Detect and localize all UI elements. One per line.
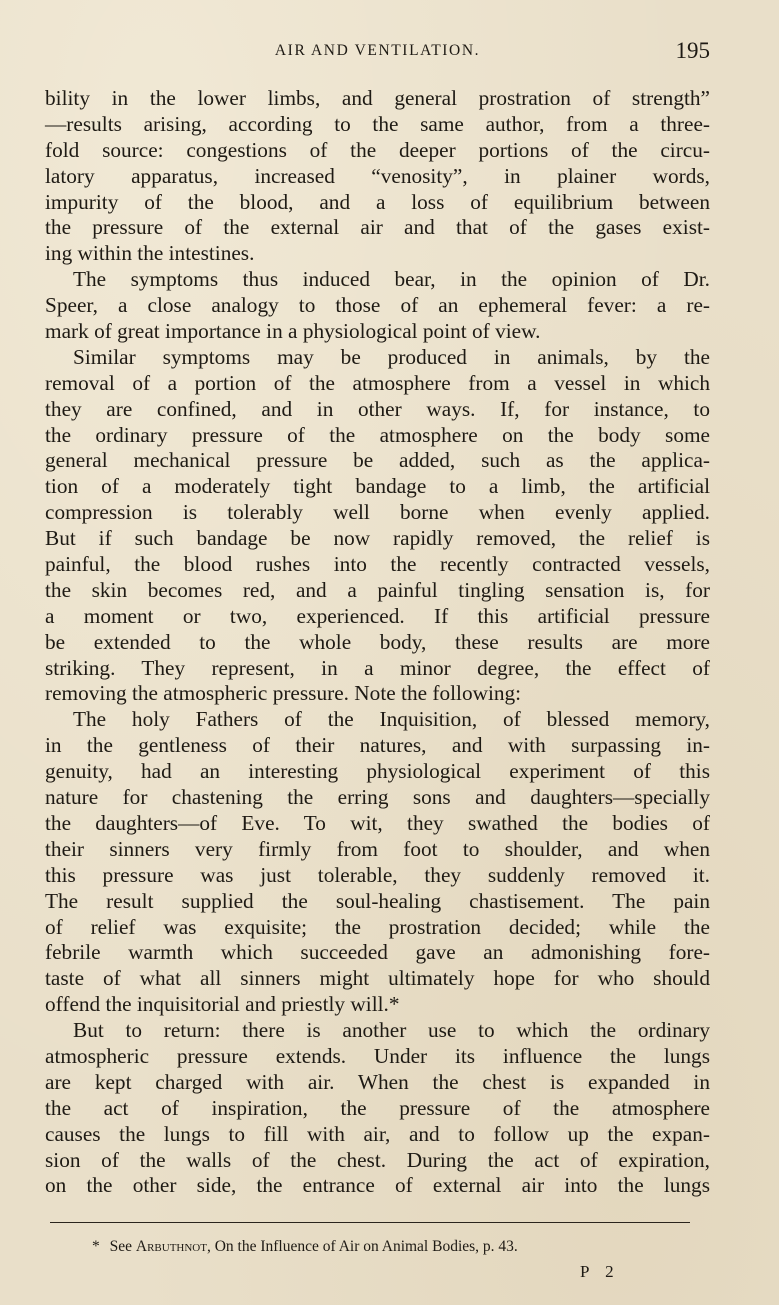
text-line: genuity, had an interesting physiologica…	[45, 759, 710, 785]
text-line: nature for chastening the erring sons an…	[45, 785, 710, 811]
text-line: they are confined, and in other ways. If…	[45, 397, 710, 423]
footnote-marker: *	[92, 1238, 100, 1255]
text-line: painful, the blood rushes into the recen…	[45, 552, 710, 578]
text-line: compression is tolerably well borne when…	[45, 500, 710, 526]
text-line: The holy Fathers of the Inquisition, of …	[45, 707, 710, 733]
text-line: are kept charged with air. When the ches…	[45, 1070, 710, 1096]
footnote-citation: , On the Influence of Air on Animal Bodi…	[207, 1238, 518, 1255]
text-line: a moment or two, experienced. If this ar…	[45, 604, 710, 630]
text-line: The result supplied the soul-healing cha…	[45, 889, 710, 915]
text-line: The symptoms thus induced bear, in the o…	[45, 267, 710, 293]
text-line: removal of a portion of the atmosphere f…	[45, 371, 710, 397]
text-line: the skin becomes red, and a painful ting…	[45, 578, 710, 604]
text-line: the act of inspiration, the pressure of …	[45, 1096, 710, 1122]
text-line: be extended to the whole body, these res…	[45, 630, 710, 656]
book-page: AIR AND VENTILATION. 195 bility in the l…	[0, 0, 779, 1305]
footnote-rule	[50, 1222, 690, 1223]
footnote: * See Arbuthnot, On the Influence of Air…	[92, 1238, 518, 1256]
text-line: in the gentleness of their natures, and …	[45, 733, 710, 759]
text-line: tion of a moderately tight bandage to a …	[45, 474, 710, 500]
text-line: their sinners very firmly from foot to s…	[45, 837, 710, 863]
footnote-prefix: See	[110, 1238, 136, 1255]
text-line: febrile warmth which succeeded gave an a…	[45, 940, 710, 966]
text-line: Speer, a close analogy to those of an ep…	[45, 293, 710, 319]
text-line: Similar symptoms may be produced in anim…	[45, 345, 710, 371]
text-line: of relief was exquisite; the prostration…	[45, 915, 710, 941]
footnote-author: Arbuthnot	[136, 1238, 207, 1255]
text-line: the pressure of the external air and tha…	[45, 215, 710, 241]
text-line: striking. They represent, in a minor deg…	[45, 656, 710, 682]
running-head: AIR AND VENTILATION. 195	[45, 38, 710, 64]
text-line: the ordinary pressure of the atmosphere …	[45, 423, 710, 449]
text-line: atmospheric pressure extends. Under its …	[45, 1044, 710, 1070]
text-line: the daughters—of Eve. To wit, they swath…	[45, 811, 710, 837]
running-title: AIR AND VENTILATION.	[45, 42, 710, 60]
text-line: impurity of the blood, and a loss of equ…	[45, 190, 710, 216]
text-line: causes the lungs to fill with air, and t…	[45, 1122, 710, 1148]
text-line: taste of what all sinners might ultimate…	[45, 966, 710, 992]
text-line: general mechanical pressure be added, su…	[45, 448, 710, 474]
text-line: sion of the walls of the chest. During t…	[45, 1148, 710, 1174]
text-line: ing within the intestines.	[45, 241, 710, 267]
text-line: removing the atmospheric pressure. Note …	[45, 681, 710, 707]
text-line: on the other side, the entrance of exter…	[45, 1173, 710, 1199]
body-text: bility in the lower limbs, and general p…	[45, 86, 710, 1199]
text-line: fold source: congestions of the deeper p…	[45, 138, 710, 164]
text-line: bility in the lower limbs, and general p…	[45, 86, 710, 112]
text-line: offend the inquisitorial and priestly wi…	[45, 992, 710, 1018]
page-number: 195	[676, 38, 711, 64]
printer-signature: P 2	[580, 1262, 620, 1282]
text-line: But to return: there is another use to w…	[45, 1018, 710, 1044]
text-line: this pressure was just tolerable, they s…	[45, 863, 710, 889]
text-line: —results arising, according to the same …	[45, 112, 710, 138]
text-line: latory apparatus, increased “venosity”, …	[45, 164, 710, 190]
text-line: But if such bandage be now rapidly remov…	[45, 526, 710, 552]
text-line: mark of great importance in a physiologi…	[45, 319, 710, 345]
